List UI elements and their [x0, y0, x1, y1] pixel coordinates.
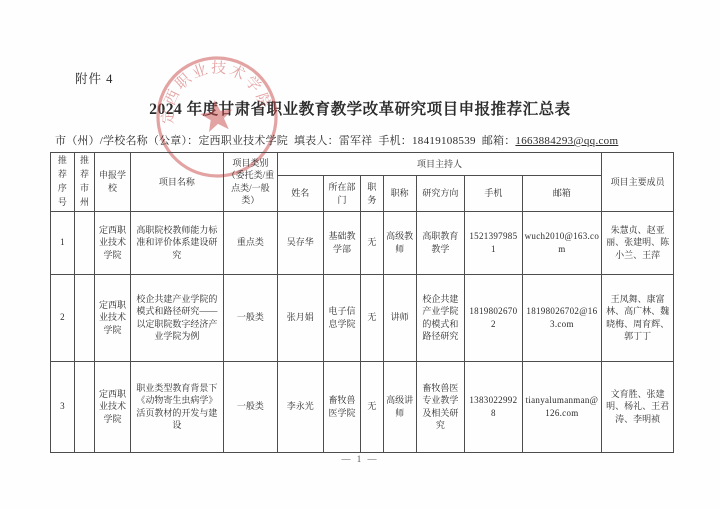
preparer-label: 填表人： [294, 135, 339, 147]
col-header-name: 姓名 [277, 176, 323, 211]
cell-position: 无 [361, 211, 383, 274]
cell-seq: 2 [51, 274, 75, 361]
page-title: 2024 年度甘肃省职业教育教学改革研究项目申报推荐汇总表 [0, 97, 720, 119]
cell-phone: 15213979851 [465, 211, 522, 274]
cell-title: 讲师 [383, 274, 416, 361]
school-name: 定西职业技术学院 [198, 135, 288, 147]
cell-category: 一般类 [224, 274, 278, 361]
col-header-department: 所在部门 [323, 176, 360, 211]
phone-label: 手机： [378, 135, 412, 147]
col-header-host-group: 项目主持人 [277, 153, 602, 176]
cell-school: 定西职业技术学院 [95, 361, 131, 452]
col-header-email: 邮箱 [522, 176, 602, 211]
col-header-project: 项目名称 [130, 153, 223, 212]
cell-school: 定西职业技术学院 [95, 274, 131, 361]
preparer-email: 1663884293@qq.com [515, 135, 618, 147]
preparer-phone: 18419108539 [412, 135, 476, 147]
document-page: 附件 4 2024 年度甘肃省职业教育教学改革研究项目申报推荐汇总表 定西职业技… [0, 0, 720, 509]
table-row: 3 定西职业技术学院 职业类型教育背景下《动物寄生虫病学》活页教材的开发与建设 … [51, 361, 674, 452]
col-header-phone: 手机 [465, 176, 522, 211]
cell-category: 重点类 [224, 211, 278, 274]
cell-title: 高级教师 [383, 211, 416, 274]
school-label: 市（州）/学校名称（公章）： [55, 135, 198, 147]
cell-email: tianyalumanman@126.com [522, 361, 602, 452]
col-header-seq: 推荐序号 [51, 153, 75, 212]
cell-host-name: 张月娟 [277, 274, 323, 361]
attachment-label: 附件 4 [75, 69, 113, 87]
col-header-position: 职务 [361, 176, 383, 211]
cell-department: 畜牧兽医学院 [323, 361, 360, 452]
cell-project: 校企共建产业学院的模式和路径研究——以定职院数字经济产业学院为例 [130, 274, 223, 361]
summary-table: 推荐序号 推荐市州 申报学校 项目名称 项目类别（委托类/重点类/一般类） 项目… [50, 152, 674, 453]
cell-members: 朱慧贞、赵亚丽、张建明、陈小兰、王萍 [602, 211, 674, 274]
cell-seq: 1 [51, 211, 75, 274]
cell-host-name: 吴存华 [277, 211, 323, 274]
cell-research: 畜牧兽医专业教学及相关研究 [416, 361, 465, 452]
cell-city [74, 361, 95, 452]
col-header-members: 项目主要成员 [602, 153, 674, 212]
cell-position: 无 [361, 274, 383, 361]
email-label: 邮箱： [482, 135, 516, 147]
form-info-line: 市（州）/学校名称（公章）：定西职业技术学院填表人：雷军祥手机：18419108… [55, 132, 715, 148]
cell-email: 18198026702@163.com [522, 274, 602, 361]
cell-department: 基础教学部 [323, 211, 360, 274]
cell-position: 无 [361, 361, 383, 452]
header-row-group: 推荐序号 推荐市州 申报学校 项目名称 项目类别（委托类/重点类/一般类） 项目… [51, 153, 674, 176]
cell-project: 高职院校教师能力标准和评价体系建设研究 [130, 211, 223, 274]
cell-members: 文育胜、张建明、杨礼、王君涛、李明祯 [602, 361, 674, 452]
cell-research: 高职教育教学 [416, 211, 465, 274]
cell-school: 定西职业技术学院 [95, 211, 131, 274]
col-header-research: 研究方向 [416, 176, 465, 211]
cell-title: 高级讲师 [383, 361, 416, 452]
table-row: 1 定西职业技术学院 高职院校教师能力标准和评价体系建设研究 重点类 吴存华 基… [51, 211, 674, 274]
cell-research: 校企共建产业学院的模式和路径研究 [416, 274, 465, 361]
page-number: — 1 — [0, 454, 720, 464]
cell-project: 职业类型教育背景下《动物寄生虫病学》活页教材的开发与建设 [130, 361, 223, 452]
cell-email: wuch2010@163.com [522, 211, 602, 274]
table-row: 2 定西职业技术学院 校企共建产业学院的模式和路径研究——以定职院数字经济产业学… [51, 274, 674, 361]
cell-seq: 3 [51, 361, 75, 452]
col-header-city: 推荐市州 [74, 153, 95, 212]
cell-host-name: 李永光 [277, 361, 323, 452]
col-header-title: 职称 [383, 176, 416, 211]
cell-category: 一般类 [224, 361, 278, 452]
cell-city [74, 211, 95, 274]
cell-department: 电子信息学院 [323, 274, 360, 361]
cell-phone: 18198026702 [465, 274, 522, 361]
cell-city [74, 274, 95, 361]
cell-phone: 13830229928 [465, 361, 522, 452]
col-header-category: 项目类别（委托类/重点类/一般类） [224, 153, 278, 212]
cell-members: 王凤舞、康富林、高广林、魏晓梅、周育辉、郭丁丁 [602, 274, 674, 361]
col-header-school: 申报学校 [95, 153, 131, 212]
preparer-name: 雷军祥 [339, 135, 373, 147]
